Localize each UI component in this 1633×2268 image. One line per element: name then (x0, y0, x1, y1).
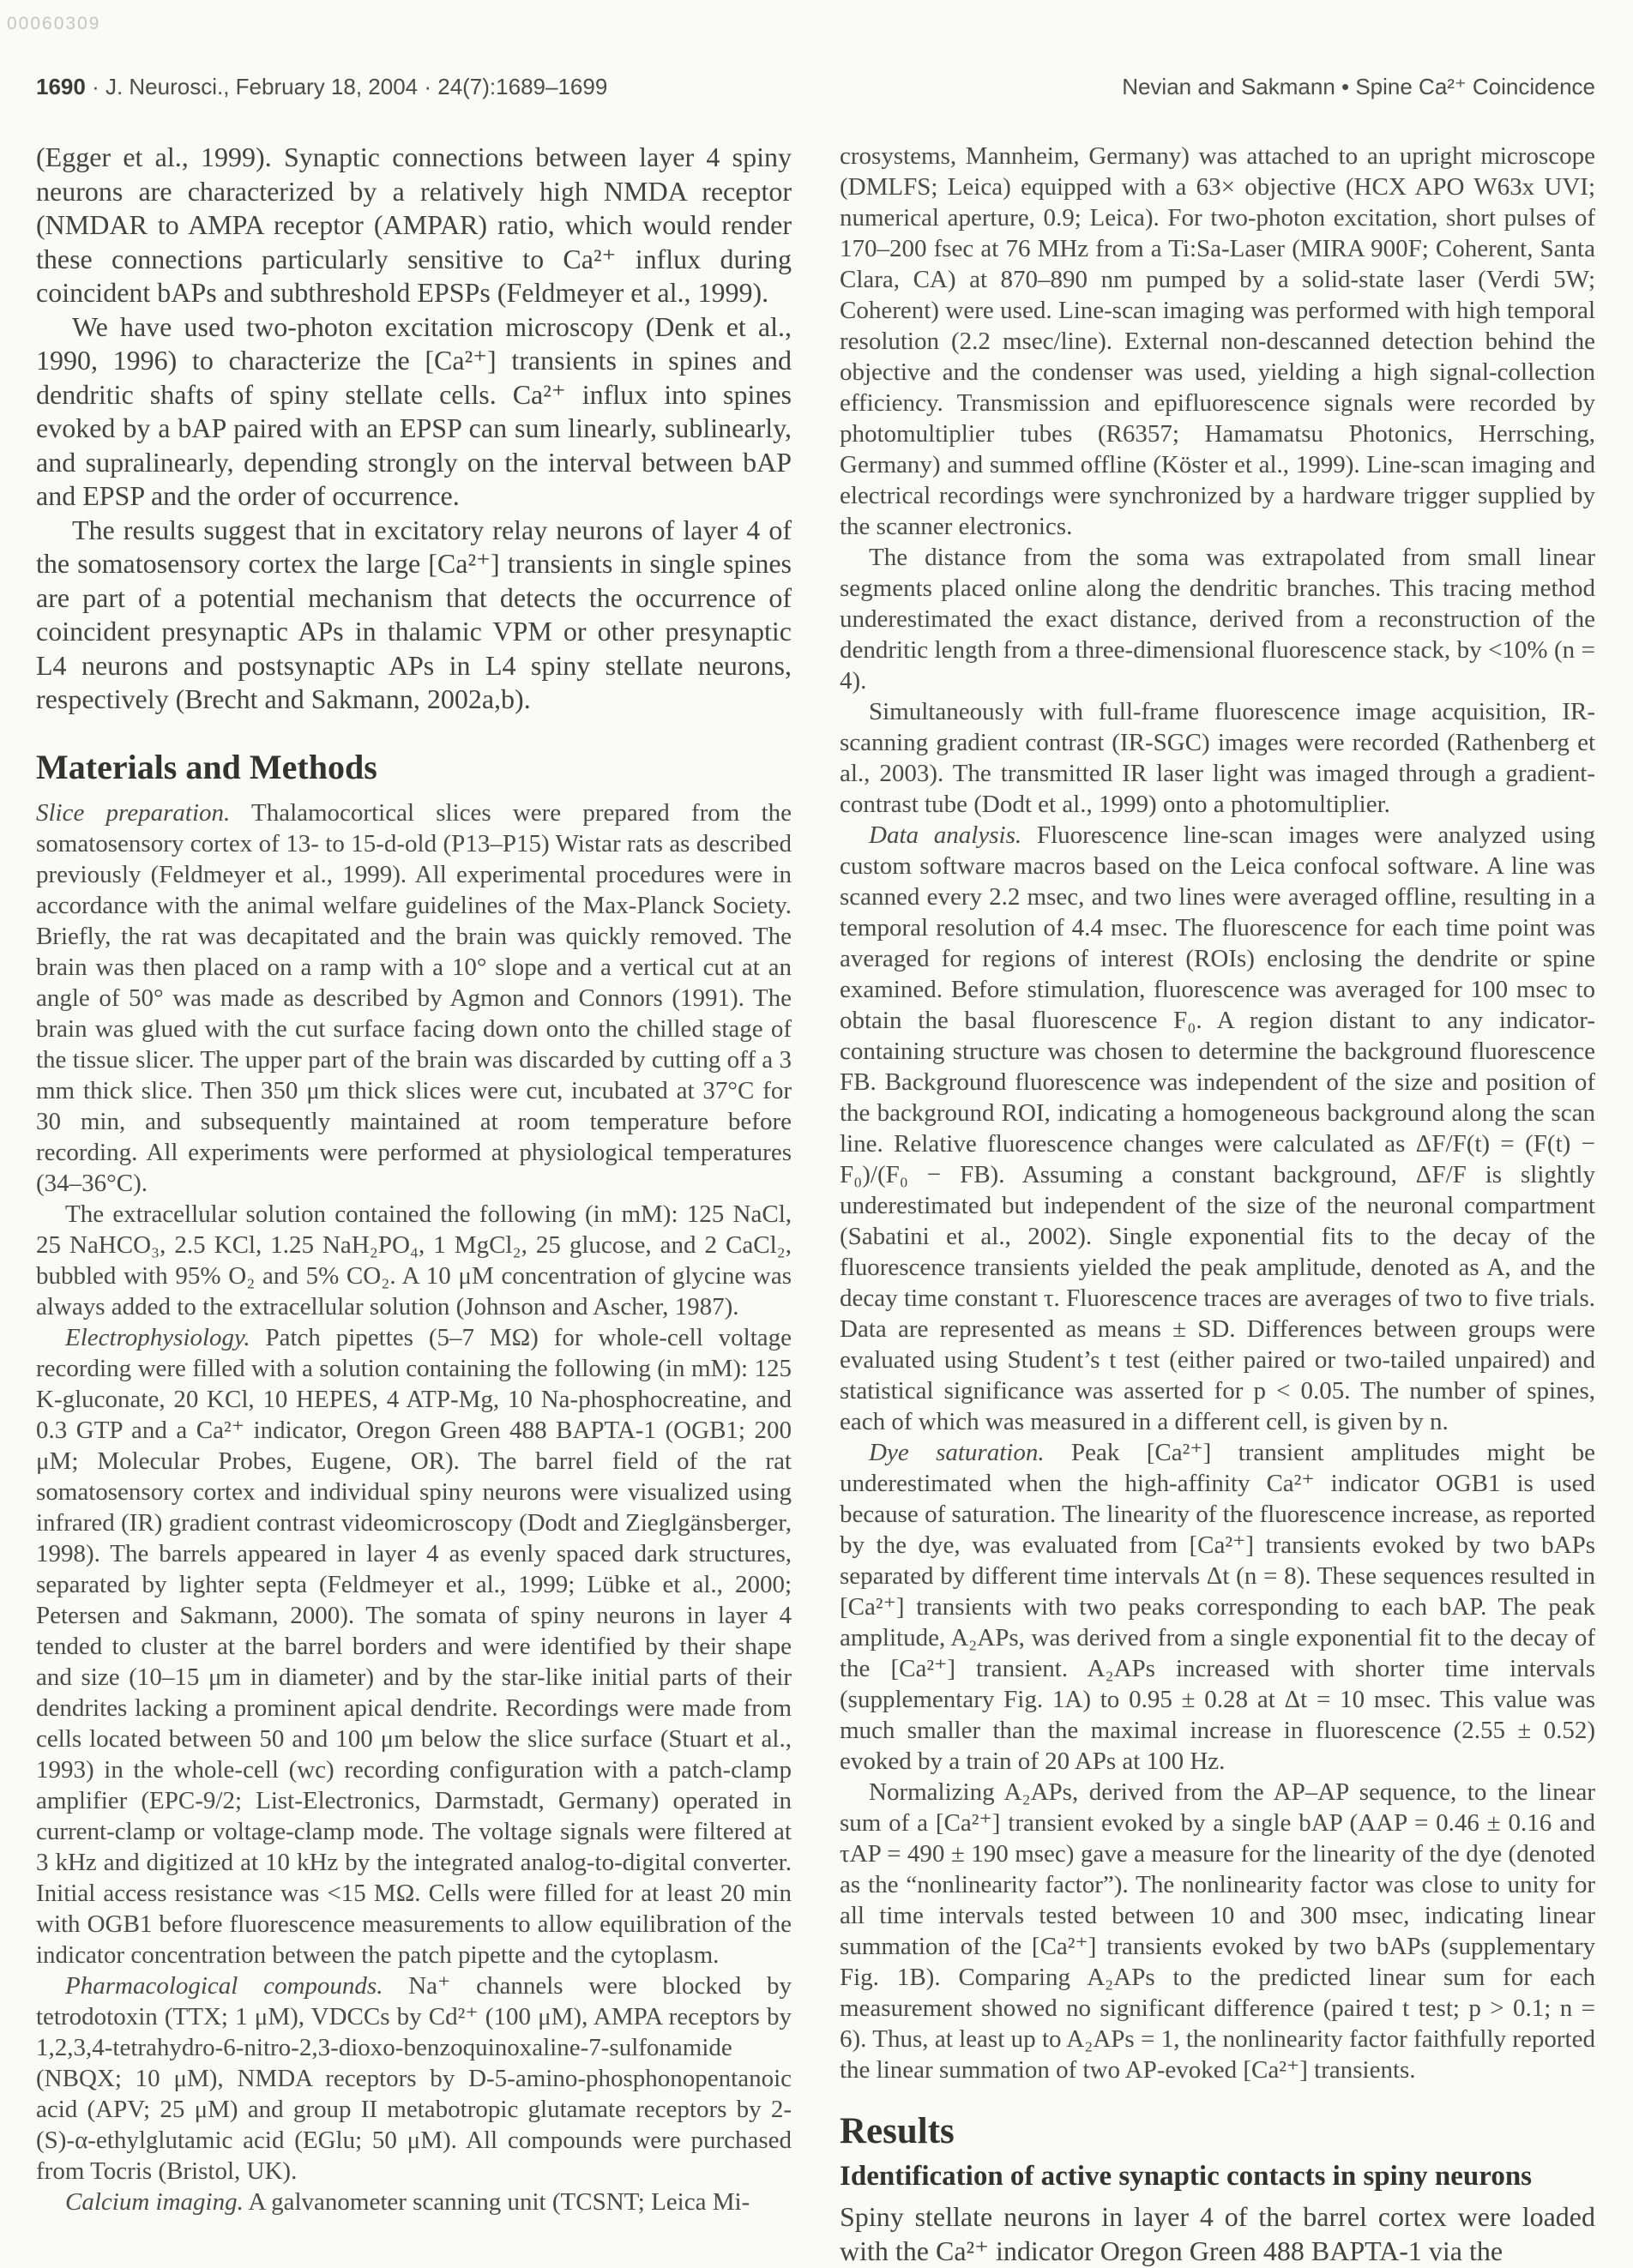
slice-preparation-paragraph: Slice preparation. Thalamocortical slice… (36, 797, 792, 1199)
ir-sgc-paragraph: Simultaneously with full-frame fluoresce… (840, 696, 1595, 820)
dye-saturation-lead: Dye saturation. (869, 1439, 1045, 1466)
page-header: 1690 · J. Neurosci., February 18, 2004 ·… (36, 74, 1595, 100)
page-number: 1690 (36, 74, 86, 99)
calcium-imaging-paragraph-continued: crosystems, Mannheim, Germany) was attac… (840, 141, 1595, 542)
normalizing-paragraph: Normalizing A₂APs, derived from the AP–A… (840, 1777, 1595, 2085)
pharmacological-compounds-text: Na⁺ channels were blocked by tetrodotoxi… (36, 1972, 792, 2185)
dye-saturation-text: Peak [Ca²⁺] transient amplitudes might b… (840, 1439, 1595, 1775)
intro-paragraph: We have used two-photon excitation micro… (36, 310, 792, 514)
slice-preparation-text: Thalamocortical slices were prepared fro… (36, 799, 792, 1197)
journal-citation: 1690 · J. Neurosci., February 18, 2004 ·… (36, 74, 607, 100)
two-column-body: (Egger et al., 1999). Synaptic connectio… (36, 141, 1595, 2268)
intro-paragraph: (Egger et al., 1999). Synaptic connectio… (36, 141, 792, 310)
slice-preparation-lead: Slice preparation. (36, 799, 230, 827)
electrophysiology-lead: Electrophysiology. (65, 1324, 250, 1351)
data-analysis-paragraph: Data analysis. Fluorescence line-scan im… (840, 820, 1595, 1437)
electrophysiology-text: Patch pipettes (5–7 MΩ) for whole-cell v… (36, 1324, 792, 1969)
electrophysiology-paragraph: Electrophysiology. Patch pipettes (5–7 M… (36, 1322, 792, 1970)
materials-methods-heading: Materials and Methods (36, 748, 792, 787)
data-analysis-text: Fluorescence line-scan images were analy… (840, 821, 1595, 1435)
right-column: crosystems, Mannheim, Germany) was attac… (840, 141, 1595, 2268)
calcium-imaging-text-left: A galvanometer scanning unit (TCSNT; Lei… (249, 2188, 750, 2216)
pharmacological-compounds-lead: Pharmacological compounds. (65, 1972, 383, 2000)
soma-distance-paragraph: The distance from the soma was extrapola… (840, 542, 1595, 696)
scan-stamp: 00060309 (7, 14, 100, 34)
calcium-imaging-paragraph-start: Calcium imaging. A galvanometer scanning… (36, 2187, 792, 2217)
running-head: Nevian and Sakmann • Spine Ca²⁺ Coincide… (1122, 74, 1595, 100)
left-column: (Egger et al., 1999). Synaptic connectio… (36, 141, 792, 2268)
extracellular-solution-paragraph: The extracellular solution contained the… (36, 1199, 792, 1322)
intro-paragraph: The results suggest that in excitatory r… (36, 514, 792, 717)
results-subheading: Identification of active synaptic contac… (840, 2159, 1595, 2193)
dye-saturation-paragraph: Dye saturation. Peak [Ca²⁺] transient am… (840, 1437, 1595, 1777)
pharmacological-compounds-paragraph: Pharmacological compounds. Na⁺ channels … (36, 1970, 792, 2187)
citation-text: · J. Neurosci., February 18, 2004 · 24(7… (86, 74, 607, 99)
data-analysis-lead: Data analysis. (869, 821, 1021, 849)
calcium-imaging-lead: Calcium imaging. (65, 2188, 244, 2216)
results-heading: Results (840, 2111, 1595, 2152)
results-paragraph: Spiny stellate neurons in layer 4 of the… (840, 2200, 1595, 2268)
